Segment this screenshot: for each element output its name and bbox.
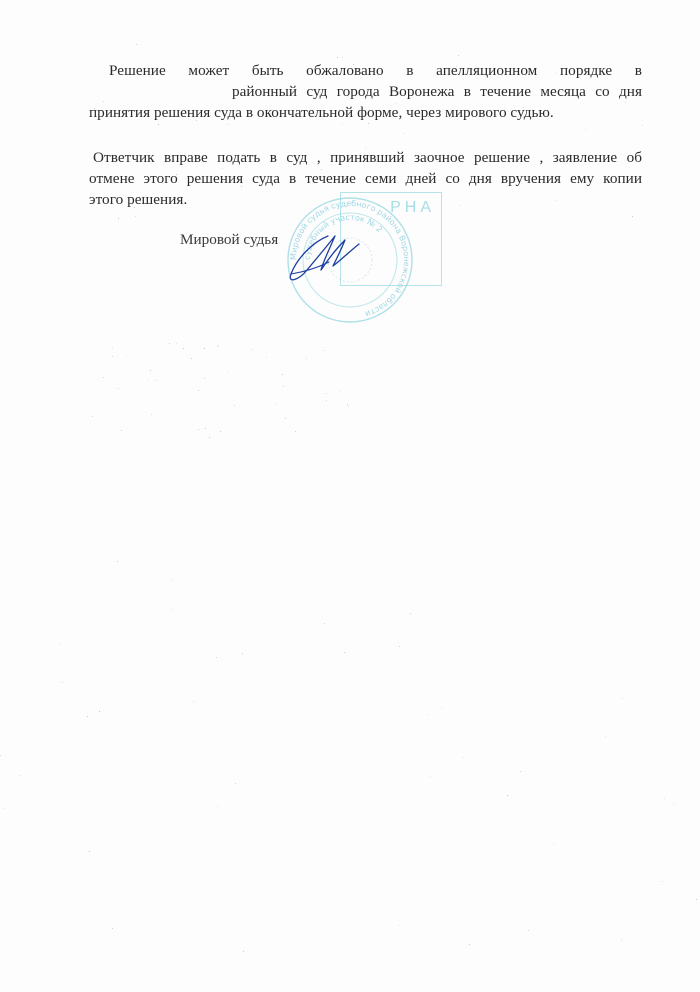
scan-speck [520, 771, 521, 772]
scan-speck [204, 378, 205, 379]
scan-speck [344, 652, 345, 653]
scan-speck [205, 428, 206, 429]
scan-speck [555, 200, 556, 201]
scan-speck [320, 94, 321, 95]
scan-speck [326, 400, 327, 401]
scan-speck [121, 430, 122, 431]
scan-speck [342, 123, 343, 124]
scan-speck [235, 783, 236, 784]
scan-speck [222, 168, 223, 169]
scan-speck [346, 206, 347, 207]
scan-speck [466, 93, 467, 94]
scan-speck [509, 162, 510, 163]
scan-speck [673, 804, 674, 805]
scan-speck [396, 103, 397, 104]
scan-speck [176, 174, 177, 175]
scan-speck [0, 755, 1, 756]
scan-speck [282, 374, 283, 375]
scan-speck [176, 343, 177, 344]
scan-speck [112, 928, 113, 929]
scan-speck [150, 370, 151, 371]
scan-speck [458, 55, 459, 56]
scan-speck [410, 613, 411, 614]
appeal-line-2: районный суд города Воронежа в течение м… [89, 81, 642, 102]
scan-speck [404, 133, 405, 134]
scan-speck [223, 181, 224, 182]
scan-speck [158, 124, 159, 125]
scan-speck [621, 939, 622, 940]
scan-speck [347, 404, 348, 405]
appeal-line-1: Решение может быть обжаловано в апелляци… [89, 60, 642, 81]
scan-speck [696, 899, 697, 900]
scan-speck [220, 431, 221, 432]
scan-speck [191, 358, 192, 359]
scan-speck [399, 646, 400, 647]
scan-speck [348, 406, 349, 407]
scan-speck [155, 380, 156, 381]
scan-speck [477, 843, 478, 844]
scan-speck [295, 431, 296, 432]
document-page: Решение может быть обжаловано в апелляци… [0, 0, 700, 992]
scan-speck [227, 124, 228, 125]
scan-speck [134, 207, 135, 208]
scan-speck [3, 808, 4, 809]
scan-speck [306, 358, 307, 359]
appeal-paragraph: Решение может быть обжаловано в апелляци… [89, 60, 642, 123]
scan-speck [337, 57, 338, 58]
default-line-1: Ответчик вправе подать в суд , принявший… [89, 147, 642, 168]
scan-speck [112, 347, 113, 348]
scan-speck [625, 102, 626, 103]
scan-speck [60, 644, 61, 645]
scan-speck [112, 356, 113, 357]
judge-signature-label: Мировой судья [180, 231, 278, 249]
scan-speck [151, 414, 152, 415]
scan-speck [169, 343, 170, 344]
scan-speck [469, 944, 470, 945]
scan-speck [592, 90, 593, 91]
scan-speck [148, 379, 149, 380]
scan-speck [585, 129, 586, 130]
scan-speck [198, 429, 199, 430]
scan-speck [234, 405, 235, 406]
scan-speck [136, 44, 137, 45]
scan-speck [368, 123, 369, 124]
scan-speck [326, 393, 327, 394]
scan-speck [92, 416, 93, 417]
scan-speck [523, 107, 524, 108]
scan-speck [503, 91, 504, 92]
scan-speck [456, 66, 457, 67]
scan-speck [210, 115, 211, 116]
scan-speck [94, 108, 95, 109]
scan-speck [218, 345, 219, 346]
scan-speck [365, 147, 366, 148]
scan-speck [662, 881, 663, 882]
scan-speck [118, 218, 119, 219]
scan-speck [285, 418, 286, 419]
appeal-line-3: принятия решения суда в окончательной фо… [89, 102, 642, 123]
scan-speck [126, 356, 127, 357]
default-line-2: отмене этого решения суда в течение семи… [89, 168, 642, 189]
scan-speck [339, 391, 340, 392]
scan-speck [276, 404, 277, 405]
scan-speck [204, 348, 205, 349]
scan-speck [283, 386, 284, 387]
scan-speck [217, 806, 218, 807]
scan-speck [172, 609, 173, 610]
scan-speck [555, 72, 556, 73]
scan-speck [428, 116, 429, 117]
scan-speck [243, 951, 244, 952]
scan-speck [217, 346, 218, 347]
scan-speck [193, 701, 194, 702]
scan-speck [642, 125, 643, 126]
scan-speck [89, 851, 90, 852]
scan-speck [632, 216, 633, 217]
scan-speck [216, 657, 217, 658]
scan-speck [196, 120, 197, 121]
scan-speck [118, 388, 119, 389]
scan-speck [605, 736, 606, 737]
scan-speck [99, 711, 100, 712]
scan-speck [103, 101, 104, 102]
scan-speck [664, 798, 665, 799]
scan-speck [103, 377, 104, 378]
scan-speck [528, 930, 529, 931]
scan-speck [324, 350, 325, 351]
scan-speck [324, 623, 325, 624]
scan-speck [227, 371, 228, 372]
scan-speck [171, 580, 172, 581]
handwritten-signature [283, 228, 373, 288]
scan-speck [507, 795, 508, 796]
scan-speck [117, 561, 118, 562]
scan-speck [321, 169, 322, 170]
scan-speck [622, 698, 623, 699]
scan-speck [20, 775, 21, 776]
scan-speck [399, 925, 400, 926]
scan-speck [463, 757, 464, 758]
scan-speck [242, 653, 243, 654]
scan-speck [427, 714, 428, 715]
scan-speck [62, 682, 63, 683]
scan-speck [553, 843, 554, 844]
scan-speck [252, 349, 253, 350]
scan-speck [441, 708, 442, 709]
scan-speck [353, 64, 354, 65]
scan-speck [209, 437, 210, 438]
scan-speck [135, 216, 136, 217]
scan-speck [460, 205, 461, 206]
scan-speck [241, 186, 242, 187]
scan-speck [183, 348, 184, 349]
scan-speck [266, 357, 267, 358]
scan-speck [430, 776, 431, 777]
scan-speck [87, 716, 88, 717]
scan-speck [198, 390, 199, 391]
scan-speck [342, 57, 343, 58]
